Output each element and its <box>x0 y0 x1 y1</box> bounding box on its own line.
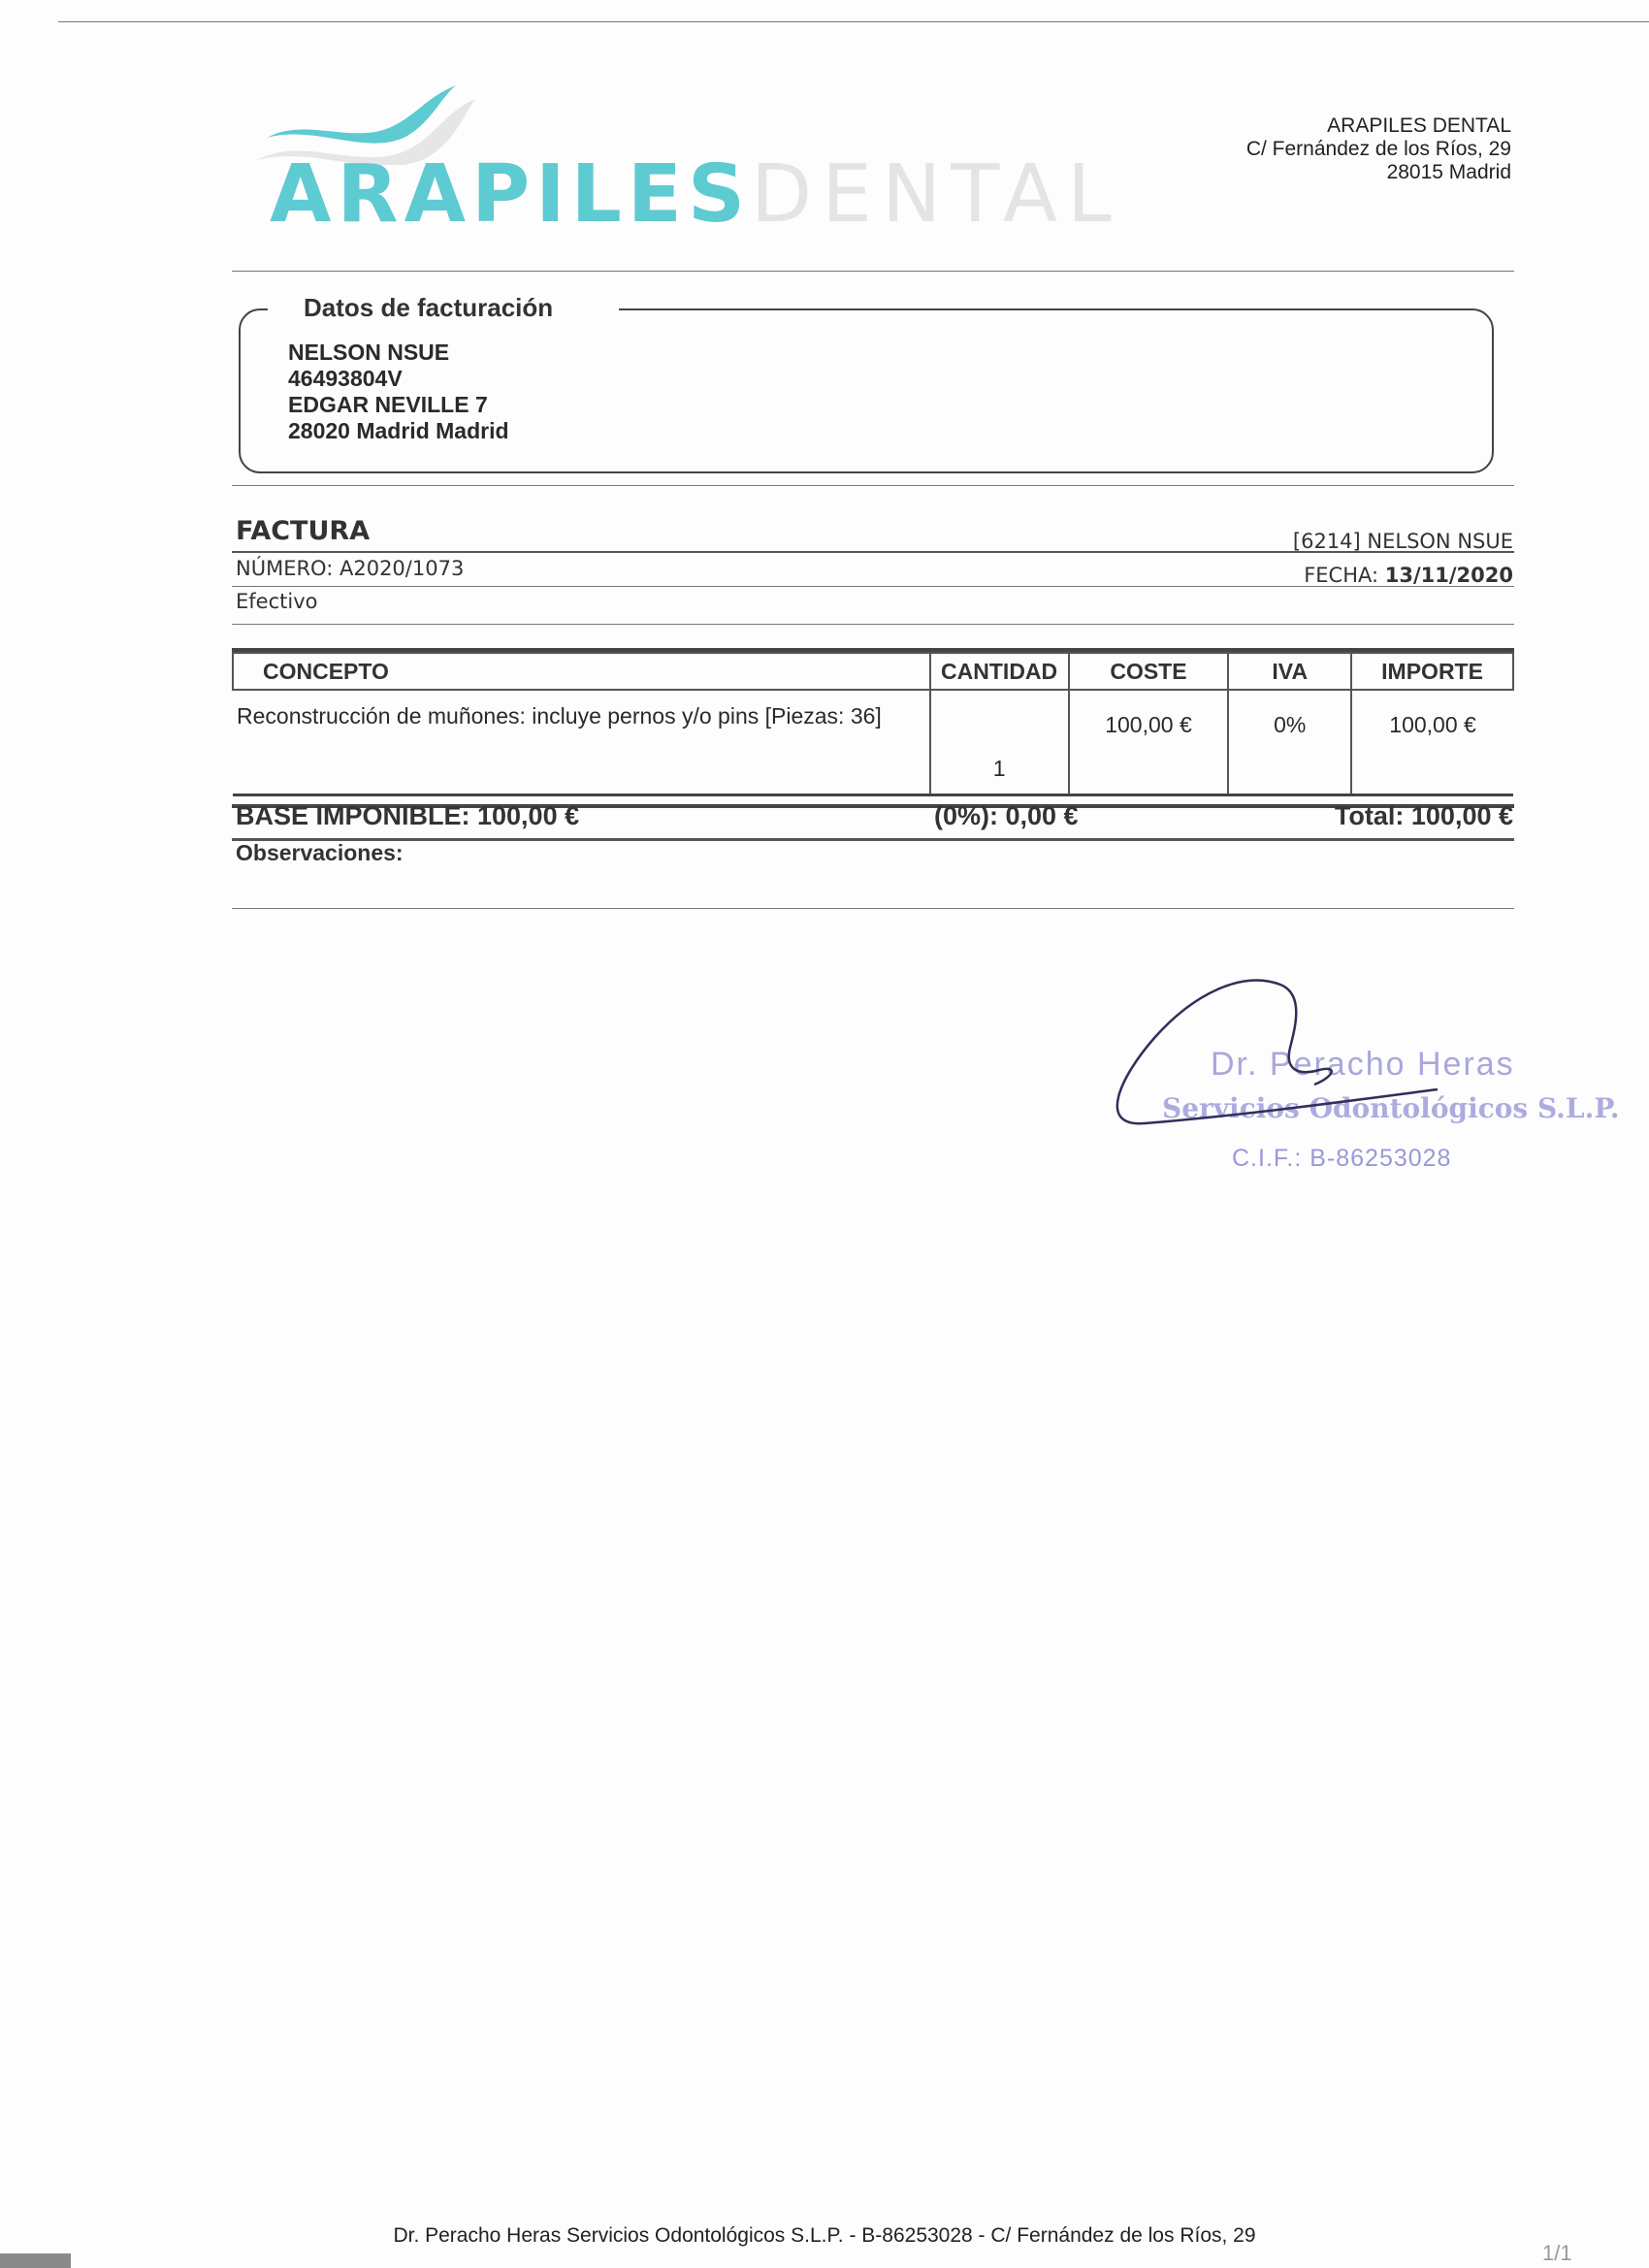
table-row: Reconstrucción de muñones: incluye perno… <box>233 690 1513 795</box>
items-table: CONCEPTO CANTIDAD COSTE IVA IMPORTE Reco… <box>232 652 1514 796</box>
divider <box>232 551 1514 553</box>
company-street: C/ Fernández de los Ríos, 29 <box>1246 138 1511 161</box>
footer-legal: Dr. Peracho Heras Servicios Odontológico… <box>0 2224 1649 2248</box>
row-amount: 100,00 € <box>1351 690 1513 795</box>
divider <box>232 586 1514 587</box>
invoice-number: NÚMERO: A2020/1073 <box>236 557 464 580</box>
observations-label: Observaciones: <box>236 840 404 866</box>
billing-details: NELSON NSUE 46493804V EDGAR NEVILLE 7 28… <box>288 340 509 444</box>
client-reference: [6214] NELSON NSUE <box>1293 530 1513 553</box>
invoice-date: FECHA: 13/11/2020 <box>1304 564 1513 587</box>
billing-title: Datos de facturación <box>304 293 553 323</box>
logo-part2: DENTAL <box>751 148 1121 241</box>
top-rule <box>58 21 1649 22</box>
logo-part1: ARAPILES <box>270 148 751 241</box>
divider <box>232 271 1514 272</box>
client-id: 46493804V <box>288 366 509 392</box>
client-name: NELSON NSUE <box>288 340 509 366</box>
scan-artifact <box>0 2253 71 2268</box>
invoice-date-label: FECHA: <box>1304 564 1378 587</box>
header-concept: CONCEPTO <box>233 653 930 690</box>
company-address-block: ARAPILES DENTAL C/ Fernández de los Ríos… <box>1246 114 1511 184</box>
client-city: 28020 Madrid Madrid <box>288 418 509 444</box>
observations-rule <box>232 908 1514 909</box>
page-indicator: 1/1 <box>1542 2241 1572 2266</box>
divider <box>232 624 1514 625</box>
signature-stamp: Dr. Peracho Heras Servicios Odontológico… <box>1096 960 1513 1183</box>
company-name: ARAPILES DENTAL <box>1246 114 1511 138</box>
header-amount: IMPORTE <box>1351 653 1513 690</box>
vat-total: (0%): 0,00 € <box>934 801 1079 831</box>
totals-bottom-rule <box>232 838 1514 841</box>
grand-total: Total: 100,00 € <box>1335 801 1513 831</box>
row-cost: 100,00 € <box>1069 690 1229 795</box>
header-quantity: CANTIDAD <box>930 653 1069 690</box>
tax-base: BASE IMPONIBLE: 100,00 € <box>236 801 579 831</box>
header-vat: IVA <box>1228 653 1351 690</box>
header-cost: COSTE <box>1069 653 1229 690</box>
row-concept: Reconstrucción de muñones: incluye perno… <box>233 690 930 795</box>
divider <box>232 485 1514 486</box>
table-header-row: CONCEPTO CANTIDAD COSTE IVA IMPORTE <box>233 653 1513 690</box>
payment-method: Efectivo <box>236 590 317 613</box>
invoice-number-label: NÚMERO: <box>236 557 333 580</box>
invoice-date-value: 13/11/2020 <box>1385 564 1513 587</box>
client-street: EDGAR NEVILLE 7 <box>288 392 509 418</box>
company-city: 28015 Madrid <box>1246 161 1511 184</box>
row-quantity: 1 <box>930 690 1069 795</box>
invoice-number-value: A2020/1073 <box>339 557 464 580</box>
invoice-title: FACTURA <box>236 516 370 546</box>
signature-icon <box>1096 960 1513 1183</box>
row-vat: 0% <box>1228 690 1351 795</box>
logo-wordmark: ARAPILESDENTAL <box>270 155 1121 235</box>
